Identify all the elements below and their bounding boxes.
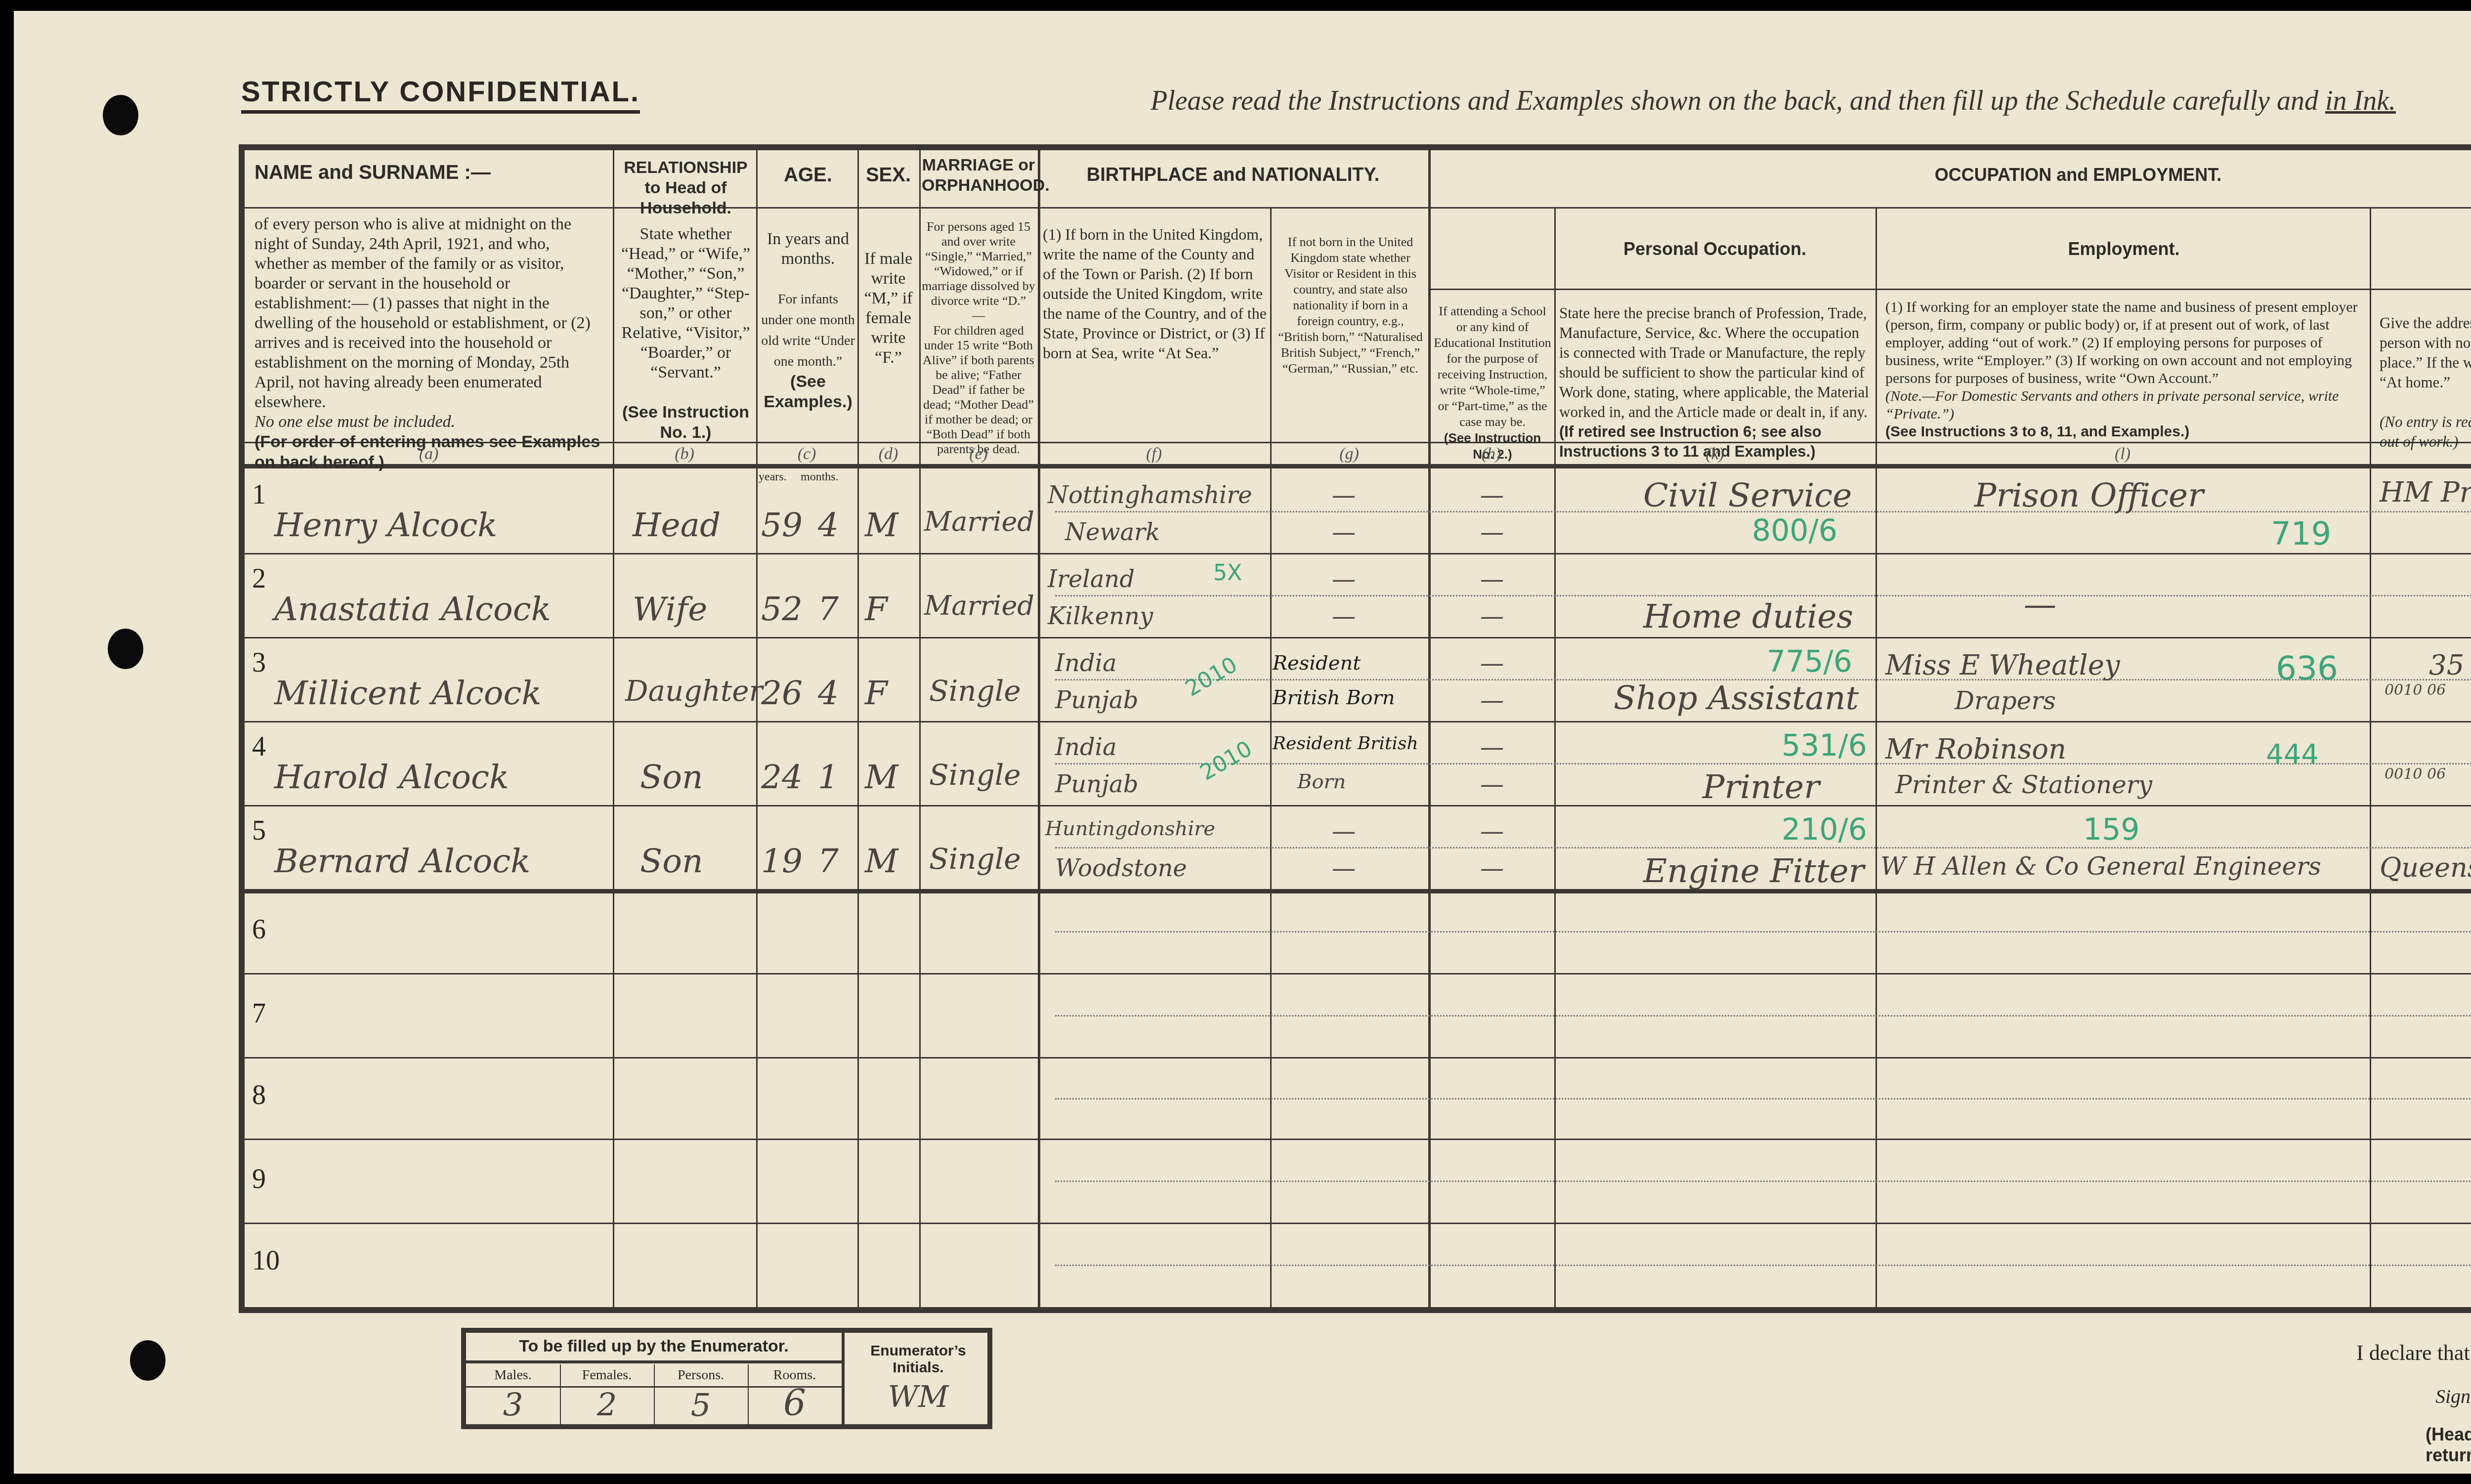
- column-divider: [756, 150, 758, 1309]
- age-months-cell[interactable]: 4: [818, 506, 839, 544]
- education-cell[interactable]: —: [1480, 733, 1504, 761]
- col-b-footer: (See Instruction No. 1.): [622, 403, 749, 442]
- col-l-note: (Note.—For Domestic Servants and others …: [1885, 388, 2339, 422]
- col-l-instructions: (1) If working for an employer state the…: [1885, 299, 2358, 386]
- sex-cell[interactable]: F: [865, 590, 888, 628]
- col-letter-l: (l): [1875, 445, 2370, 464]
- col-c-instructions: In years and months.: [767, 230, 849, 268]
- nationality-cell[interactable]: —: [1332, 817, 1356, 845]
- col-a-instructions: of every person who is alive at midnight…: [255, 215, 591, 411]
- col-letter-b: (b): [613, 445, 756, 464]
- name-cell[interactable]: Harold Alcock: [274, 758, 509, 796]
- col-b-title: RELATIONSHIP to Head of Household.: [618, 158, 754, 218]
- enumerator-initials[interactable]: WM: [847, 1380, 990, 1414]
- col-k-instructions: State here the precise branch of Profess…: [1559, 304, 1869, 421]
- col-m-title: Place of Work.: [2375, 239, 2471, 260]
- workplace-code: 0010 06: [2385, 681, 2446, 699]
- education-cell[interactable]: —: [1480, 481, 1504, 509]
- relationship-cell[interactable]: Son: [640, 758, 703, 796]
- row-number: 5: [252, 815, 266, 847]
- birthplace-code: 2010: [1181, 652, 1241, 701]
- col-c-title-text: AGE.: [784, 164, 832, 186]
- birthplace-county-cell[interactable]: India: [1055, 733, 1117, 761]
- row-midline: [1055, 1098, 2471, 1100]
- marriage-cell[interactable]: Single: [929, 758, 1021, 792]
- birthplace-title-text: BIRTHPLACE and NATIONALITY.: [1087, 165, 1380, 185]
- col-g-body: If not born in the United Kingdom state …: [1275, 234, 1426, 377]
- nationality-cell[interactable]: —: [1332, 481, 1356, 509]
- col-l-title-text: Employment.: [2068, 239, 2179, 259]
- strictly-confidential-heading: STRICTLY CONFIDENTIAL.: [241, 75, 640, 114]
- birthplace-code: 5X: [1213, 560, 1242, 586]
- name-cell[interactable]: Anastatia Alcock: [274, 590, 551, 628]
- birthplace-county-cell[interactable]: Huntingdonshire: [1045, 817, 1215, 840]
- nationality-cell[interactable]: Born: [1297, 770, 1346, 793]
- col-e-title: MARRIAGE or ORPHANHOOD.: [922, 155, 1035, 196]
- col-c-title: AGE.: [761, 165, 855, 186]
- females-count[interactable]: 2: [560, 1387, 654, 1424]
- row-rule: [245, 553, 2471, 554]
- col-letter-m: (m): [2370, 445, 2471, 464]
- males-count[interactable]: 3: [466, 1387, 560, 1424]
- col-d-title: SEX.: [860, 165, 917, 186]
- col-b-body: State whether “Head,” or “Wife,” “Mother…: [618, 224, 754, 443]
- age-months-cell[interactable]: 4: [818, 674, 839, 712]
- employment-cell[interactable]: Drapers: [1955, 686, 2056, 715]
- birthplace-county-cell[interactable]: India: [1055, 649, 1117, 677]
- col-f-body: (1) If born in the United Kingdom, write…: [1043, 224, 1268, 363]
- summary-box-title: To be filled up by the Enumerator.: [466, 1337, 842, 1356]
- nationality-cell[interactable]: —: [1332, 854, 1356, 882]
- education-cell[interactable]: —: [1480, 770, 1504, 798]
- column-divider: [1554, 207, 1556, 1309]
- column-divider: [613, 150, 614, 1309]
- birthplace-town-cell[interactable]: Punjab: [1055, 686, 1138, 714]
- census-schedule-page: STRICTLY CONFIDENTIAL. Please read the I…: [14, 11, 2471, 1474]
- row-number: 2: [252, 563, 266, 594]
- occupation-cell[interactable]: Home duties: [1643, 597, 1853, 636]
- name-cell[interactable]: Bernard Alcock: [274, 842, 530, 880]
- enumerator-initials-label: Enumerator’s Initials.: [847, 1343, 990, 1376]
- persons-count[interactable]: 5: [654, 1387, 748, 1424]
- employment-code: 719: [2271, 516, 2331, 552]
- column-divider: [1875, 207, 1877, 1309]
- row-number: 10: [252, 1245, 280, 1276]
- col-letter-e: (e): [919, 445, 1038, 464]
- employment-cell[interactable]: Printer & Stationery: [1895, 770, 2152, 799]
- employment-cell[interactable]: Mr Robinson: [1885, 733, 2066, 765]
- col-d-instructions: If male write “M,” if female write “F.”: [864, 250, 912, 367]
- persons-label: Persons.: [654, 1367, 748, 1383]
- col-letter-c: (c): [756, 445, 857, 464]
- row-rule: [245, 889, 2471, 893]
- age-months-cell[interactable]: 7: [818, 590, 839, 628]
- row-midline: [1055, 763, 2471, 764]
- row-number: 8: [252, 1079, 266, 1111]
- education-cell[interactable]: —: [1480, 518, 1504, 546]
- column-divider: [1270, 207, 1272, 1309]
- col-a-title-text: NAME and SURNAME :—: [255, 162, 491, 183]
- males-label: Males.: [466, 1367, 560, 1383]
- column-divider: [2370, 207, 2371, 1309]
- row-rule: [245, 637, 2471, 638]
- col-l-body: (1) If working for an employer state the…: [1885, 298, 2365, 441]
- occupation-code: 775/6: [1767, 644, 1852, 679]
- occupation-cell[interactable]: Shop Assistant: [1614, 679, 1859, 717]
- employment-cell[interactable]: Miss E Wheatley: [1885, 649, 2120, 681]
- workplace-cell[interactable]: Queens Works Bedford: [2380, 852, 2471, 883]
- col-e-title-text: MARRIAGE or ORPHANHOOD.: [922, 156, 1050, 195]
- row-midline: [1055, 1265, 2471, 1266]
- punch-hole: [108, 629, 143, 669]
- sex-cell[interactable]: M: [865, 506, 898, 544]
- marriage-cell[interactable]: Single: [929, 842, 1021, 876]
- col-b-title-text: RELATIONSHIP to Head of Household.: [624, 158, 748, 217]
- divider: [466, 1360, 842, 1363]
- age-years-cell[interactable]: 26: [761, 674, 803, 712]
- age-years-cell[interactable]: 19: [761, 842, 803, 880]
- col-h-body: If attending a School or any kind of Edu…: [1433, 303, 1552, 463]
- age-years-cell[interactable]: 59: [761, 506, 803, 544]
- col-l-footer: (See Instructions 3 to 8, 11, and Exampl…: [1885, 424, 2189, 440]
- row-rule: [245, 721, 2471, 722]
- col-k-body: State here the precise branch of Profess…: [1559, 303, 1871, 462]
- employment-cell[interactable]: Prison Officer: [1974, 476, 2204, 514]
- employment-code: 444: [2266, 738, 2319, 770]
- marriage-cell[interactable]: Single: [929, 674, 1021, 708]
- column-divider: [919, 150, 921, 1309]
- col-l-title: Employment.: [1880, 239, 2367, 260]
- nationality-cell[interactable]: British Born: [1273, 686, 1395, 709]
- col-k-title-text: Personal Occupation.: [1623, 239, 1806, 259]
- workplace-cell[interactable]: HM Prison Bedford: [2380, 476, 2471, 509]
- col-d-body: If male write “M,” if female write “F.”: [860, 249, 917, 368]
- declaration-text: I declare that this Schedule is correctl…: [2356, 1340, 2471, 1365]
- row-rule: [245, 1139, 2471, 1140]
- education-cell[interactable]: —: [1480, 854, 1504, 882]
- nationality-cell[interactable]: Resident: [1273, 652, 1361, 675]
- education-cell[interactable]: —: [1480, 602, 1504, 630]
- birthplace-county-cell[interactable]: Ireland: [1048, 565, 1135, 593]
- header-rule: [1875, 289, 2471, 290]
- column-divider: [1428, 150, 1431, 1309]
- row-midline: [1055, 931, 2471, 933]
- name-cell[interactable]: Millicent Alcock: [274, 674, 541, 712]
- header-rule: [1428, 289, 1875, 290]
- column-divider: [857, 150, 859, 1309]
- col-letter-f: (f): [1038, 445, 1270, 464]
- row-rule: [245, 805, 2471, 806]
- marriage-cell[interactable]: Married: [924, 506, 1034, 537]
- col-c-footer: (See Examples.): [764, 372, 852, 411]
- row-number: 9: [252, 1163, 266, 1195]
- col-letter-d: (d): [857, 445, 919, 464]
- nationality-cell[interactable]: —: [1332, 518, 1356, 546]
- age-months-cell[interactable]: 1: [818, 758, 839, 796]
- instructions-text: Please read the Instructions and Example…: [1150, 85, 2325, 116]
- age-months-label: months.: [801, 470, 839, 484]
- col-e-body: For persons aged 15 and over write “Sing…: [922, 219, 1035, 457]
- occupation-code: 531/6: [1782, 728, 1867, 763]
- col-letter-h: (h): [1428, 445, 1554, 464]
- workplace-cell[interactable]: 35 Harpur St: [2429, 649, 2471, 681]
- birthplace-town-cell[interactable]: Punjab: [1055, 770, 1138, 798]
- age-months-cell[interactable]: 7: [818, 842, 839, 880]
- relationship-cell[interactable]: Son: [640, 842, 703, 880]
- name-cell[interactable]: Henry Alcock: [274, 506, 497, 544]
- col-h-instructions: If attending a School or any kind of Edu…: [1434, 304, 1551, 429]
- row-midline: [1055, 847, 2471, 848]
- col-a-note: No one else must be included.: [255, 413, 455, 431]
- sex-cell[interactable]: M: [865, 842, 898, 880]
- row-midline: [1055, 1181, 2471, 1182]
- instructions-line: Please read the Instructions and Example…: [1150, 85, 2396, 117]
- occupation-code: 800/6: [1752, 513, 1837, 548]
- col-g-instructions: If not born in the United Kingdom state …: [1278, 235, 1422, 376]
- age-years-cell[interactable]: 24: [761, 758, 803, 796]
- relationship-cell[interactable]: Head: [633, 506, 721, 544]
- education-cell[interactable]: —: [1480, 817, 1504, 845]
- col-m-body: Give the address of each person’s place …: [2380, 313, 2471, 452]
- column-divider: [1038, 150, 1040, 1309]
- col-f-instructions: (1) If born in the United Kingdom, write…: [1043, 225, 1267, 362]
- employment-cell[interactable]: —: [2024, 585, 2056, 623]
- col-k-title: Personal Occupation.: [1559, 239, 1871, 260]
- row-number: 7: [252, 998, 266, 1029]
- col-letter-k: (k): [1554, 445, 1875, 464]
- col-e-note: For children aged under 15 write “Both A…: [923, 323, 1034, 456]
- occupation-cell[interactable]: Civil Service: [1643, 476, 1852, 514]
- workplace-code: 0010 06: [2385, 765, 2446, 783]
- row-rule: [245, 973, 2471, 975]
- females-label: Females.: [560, 1367, 654, 1383]
- age-years-cell[interactable]: 52: [761, 590, 803, 628]
- row-midline: [1055, 1015, 2471, 1017]
- in-ink-text: in Ink.: [2325, 85, 2396, 116]
- col-c-body: In years and months.For infants under on…: [761, 229, 855, 412]
- occupation-cell[interactable]: Printer: [1703, 768, 1820, 806]
- nationality-cell[interactable]: —: [1332, 602, 1356, 630]
- relationship-cell[interactable]: Daughter: [625, 674, 763, 708]
- education-cell[interactable]: —: [1480, 565, 1504, 593]
- occupation-code: 210/6: [1782, 812, 1867, 847]
- col-c-note: For infants under one month old write “U…: [761, 292, 855, 369]
- education-cell[interactable]: —: [1480, 649, 1504, 677]
- header-rule: [1428, 207, 2471, 209]
- enumerator-summary-box: To be filled up by the Enumerator. Males…: [461, 1328, 992, 1429]
- col-m-instructions: Give the address of each person’s place …: [2380, 314, 2471, 391]
- col-b-instructions: State whether “Head,” or “Wife,” “Mother…: [621, 225, 750, 382]
- employment-code: 159: [2083, 812, 2140, 847]
- divider: [842, 1333, 845, 1424]
- rooms-count[interactable]: 6: [748, 1382, 842, 1424]
- rooms-label: Rooms.: [748, 1367, 842, 1383]
- occupation-title-text: OCCUPATION and EMPLOYMENT.: [1935, 165, 2222, 185]
- row-rule: [245, 1223, 2471, 1224]
- col-letter-a: (a): [245, 445, 613, 464]
- col-d-title-text: SEX.: [866, 164, 911, 186]
- row-rule: [245, 1057, 2471, 1059]
- col-a-body: of every person who is alive at midnight…: [255, 214, 605, 472]
- col-occ-title: OCCUPATION and EMPLOYMENT.: [1431, 165, 2471, 186]
- marriage-cell[interactable]: Married: [924, 590, 1034, 621]
- sex-cell[interactable]: M: [865, 758, 898, 796]
- col-a-title: NAME and SURNAME :—: [255, 163, 600, 184]
- punch-hole: [103, 95, 138, 135]
- row-number: 4: [252, 731, 266, 763]
- col-letter-g: (g): [1270, 445, 1428, 464]
- employment-code: 636: [2276, 649, 2338, 687]
- relationship-cell[interactable]: Wife: [633, 590, 707, 628]
- row-number: 6: [252, 914, 266, 945]
- birthplace-town-cell[interactable]: Kilkenny: [1048, 602, 1153, 630]
- signature-label: Signature: [2435, 1385, 2471, 1408]
- birthplace-county-cell[interactable]: Nottinghamshire: [1048, 481, 1252, 509]
- signature-caption: (Head of Household, Manager of Establish…: [2426, 1424, 2471, 1466]
- nationality-cell[interactable]: —: [1332, 565, 1356, 593]
- household-schedule-table: NAME and SURNAME :— of every person who …: [239, 144, 2471, 1313]
- birthplace-code: 2010: [1196, 736, 1256, 785]
- row-number: 1: [252, 479, 266, 510]
- birthplace-town-cell[interactable]: Woodstone: [1055, 854, 1187, 882]
- employment-cell[interactable]: W H Allen & Co General Engineers: [1880, 852, 2321, 881]
- header-rule: [1038, 207, 1428, 209]
- punch-hole: [130, 1340, 166, 1381]
- col-e-instructions: For persons aged 15 and over write “Sing…: [922, 219, 1035, 308]
- occupation-cell[interactable]: Engine Fitter: [1643, 852, 1864, 890]
- age-years-label: years.: [759, 470, 787, 484]
- row-midline: [1055, 595, 2471, 596]
- nationality-cell[interactable]: Resident British: [1273, 733, 1418, 754]
- sex-cell[interactable]: F: [865, 674, 888, 712]
- row-number: 3: [252, 647, 266, 678]
- col-fg-title: BIRTHPLACE and NATIONALITY.: [1040, 165, 1426, 186]
- education-cell[interactable]: —: [1480, 686, 1504, 714]
- birthplace-town-cell[interactable]: Newark: [1065, 518, 1160, 546]
